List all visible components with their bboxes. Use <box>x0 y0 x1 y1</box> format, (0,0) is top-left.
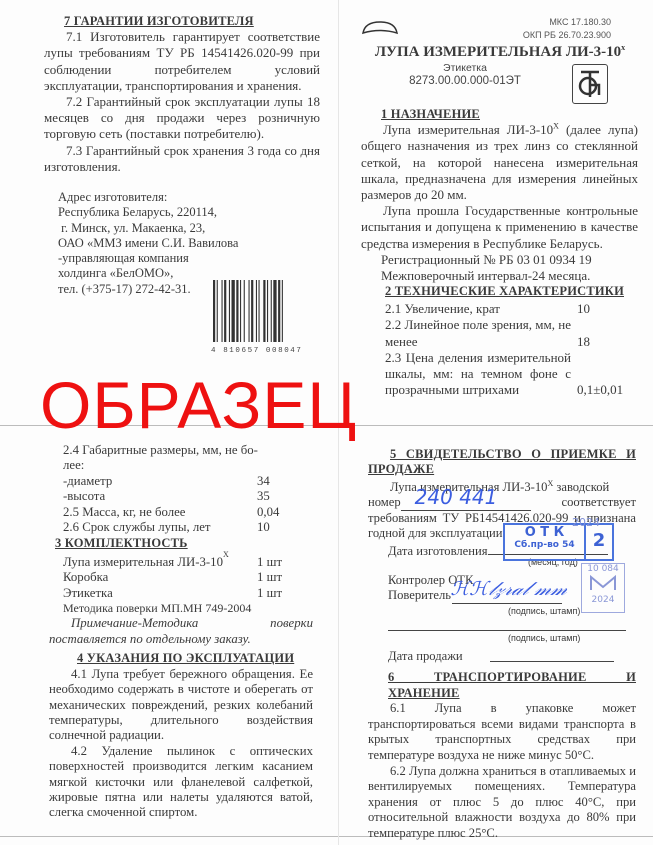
row-label: 2.5 Масса, кг, не более <box>55 505 257 520</box>
barcode: 4 810657 008047 <box>211 280 307 355</box>
sale-date-label: Дата продажи <box>388 649 463 663</box>
row-label: Коробка <box>55 570 257 585</box>
section-heading: 6 ТРАНСПОРТИРОВАНИЕ И ХРАНЕНИЕ <box>368 670 636 701</box>
spec-row: Этикетка1 шт <box>55 586 313 601</box>
serial-number-field[interactable]: 240 441 <box>401 496 531 511</box>
label-subtitle: Этикетка 8273.00.00.000-01ЭТ <box>390 62 540 88</box>
row-value: 1 шт <box>257 570 313 585</box>
paragraph: 7.2 Гарантийный срок эксплуатации лупы 1… <box>44 94 320 143</box>
stb-emblem-icon <box>572 64 608 104</box>
sale-date-row: Дата продажи <box>388 648 463 664</box>
paragraph: заводской <box>553 480 609 494</box>
address-line: ОАО «ММЗ имени С.И. Вавилова <box>58 236 258 251</box>
signature-line <box>452 603 562 604</box>
paragraph: 4.1 Лупа требует бережного обращения. Ее… <box>49 667 313 744</box>
section-heading: 5 СВИДЕТЕЛЬСТВО О ПРИЕМКЕ И ПРОДАЖЕ <box>368 447 636 478</box>
paragraph: лее: <box>55 458 313 473</box>
paragraph: 7.1 Изготовитель гарантирует соответстви… <box>44 29 320 94</box>
sale-date-field[interactable] <box>490 661 614 662</box>
row-value: 0,1±0,01 <box>571 382 635 398</box>
address-line: Республика Беларусь, 220114, <box>58 205 258 220</box>
signature-caption: (подпись, штамп) <box>508 606 580 616</box>
section-heading: 7 ГАРАНТИИ ИЗГОТОВИТЕЛЯ <box>44 13 320 29</box>
address-line: -управляющая компания <box>58 251 258 266</box>
address-line: Адрес изготовителя: <box>58 190 258 205</box>
paragraph: 6.2 Лупа должна храниться в отапливаемых… <box>368 764 636 842</box>
spec-row: 2.1 Увеличение, крат10 <box>385 301 635 317</box>
row-value: 35 <box>257 489 313 504</box>
spec-row: Лупа измерительная ЛИ-3-10X1 шт <box>55 555 313 570</box>
row-label: 2.6 Срок службы лупы, лет <box>55 520 257 535</box>
row-value: 18 <box>571 334 635 350</box>
section-transport: 6 ТРАНСПОРТИРОВАНИЕ И ХРАНЕНИЕ 6.1 Лупа … <box>368 670 636 842</box>
serial-label: номер <box>368 495 401 509</box>
section-heading: 4 УКАЗАНИЯ ПО ЭКСПЛУАТАЦИИ <box>55 651 313 666</box>
document-page: 7 ГАРАНТИИ ИЗГОТОВИТЕЛЯ 7.1 Изготовитель… <box>0 0 653 845</box>
row-label: 2.3 Цена деления измерительной шкалы, мм… <box>385 350 571 399</box>
row-value: 1 шт <box>257 555 313 570</box>
note: Примечание-Методика поверки поставляется… <box>49 616 313 647</box>
paragraph: Лупа измерительная ЛИ-3-10 <box>383 122 553 137</box>
section-warranty: 7 ГАРАНТИИ ИЗГОТОВИТЕЛЯ 7.1 Изготовитель… <box>44 13 320 175</box>
spec-row: -диаметр34 <box>55 474 313 489</box>
section-purpose: 1 НАЗНАЧЕНИЕ Лупа измерительная ЛИ-3-10X… <box>361 106 638 284</box>
lens-logo-icon <box>360 20 400 36</box>
classification-codes: МКС 17.180.30 ОКП РБ 26.70.23.900 <box>523 16 611 42</box>
mfg-date-label: Дата изготовления <box>388 544 488 558</box>
row-label: 2.2 Линейное поле зрения, мм, не менее <box>385 317 571 349</box>
verification-method: Методика поверки МП.МН 749-2004 <box>55 601 313 616</box>
row-label: -диаметр <box>55 474 257 489</box>
section-specs: 2 ТЕХНИЧЕСКИЕ ХАРАКТЕРИСТИКИ 2.1 Увеличе… <box>385 283 635 398</box>
signature: ℋℋ𝓁𝓏𝓇𝒶𝓁 𝓂𝓂 <box>449 578 571 600</box>
title-sup: x <box>621 43 625 52</box>
title-text: ЛУПА ИЗМЕРИТЕЛЬНАЯ ЛИ-3-10 <box>375 44 621 60</box>
row-label: 2.1 Увеличение, крат <box>385 301 571 317</box>
barcode-digits: 4 810657 008047 <box>211 347 307 355</box>
spec-row: 2.6 Срок службы лупы, лет10 <box>55 520 313 535</box>
signature-line-2 <box>388 630 626 631</box>
address-line: г. Минск, ул. Макаенка, 23, <box>58 221 258 236</box>
spec-row: 2.2 Линейное поле зрения, мм, не менее18 <box>385 317 635 349</box>
paragraph: 2.4 Габаритные размеры, мм, не бо- <box>55 443 313 458</box>
paragraph: Лупа прошла Государственные контрольные … <box>361 203 638 252</box>
row-value: 1 шт <box>257 586 313 601</box>
verification-stamp: 10 084 2024 <box>581 563 625 613</box>
verification-stamp-year: 2024 <box>582 595 624 605</box>
barcode-icon <box>211 280 307 344</box>
spec-row: -высота35 <box>55 489 313 504</box>
row-value: 0,04 <box>257 505 313 520</box>
row-value: 10 <box>257 520 313 535</box>
section-heading: 2 ТЕХНИЧЕСКИЕ ХАРАКТЕРИСТИКИ <box>385 283 635 299</box>
okp-code: ОКП РБ 26.70.23.900 <box>523 29 611 42</box>
doc-number: 8273.00.00.000-01ЭТ <box>390 75 540 88</box>
mks-code: МКС 17.180.30 <box>523 16 611 29</box>
section-heading: 3 КОМПЛЕКТНОСТЬ <box>55 536 313 551</box>
spec-row: 2.5 Масса, кг, не более0,04 <box>55 505 313 520</box>
row-value: 10 <box>571 301 635 317</box>
spec-row: Коробка1 шт <box>55 570 313 585</box>
spec-row: 2.3 Цена деления измерительной шкалы, мм… <box>385 350 635 399</box>
section-dimensions: 2.4 Габаритные размеры, мм, не бо- лее: … <box>55 443 313 821</box>
row-value: 34 <box>257 474 313 489</box>
otk-stamp-subtitle: Сб.пр-во 54 <box>505 540 584 550</box>
sample-watermark: ОБРАЗЕЦ <box>40 370 357 440</box>
serial-number-value: 240 441 <box>415 490 498 505</box>
paragraph: 6.1 Лупа в упаковке может транспортирова… <box>368 701 636 763</box>
otk-stamp-year: 2024 <box>572 516 600 529</box>
row-label: Этикетка <box>55 586 257 601</box>
verification-stamp-code: 10 084 <box>582 564 624 574</box>
document-title: ЛУПА ИЗМЕРИТЕЛЬНАЯ ЛИ-3-10x <box>370 44 630 61</box>
subtitle: Этикетка <box>390 62 540 75</box>
m-mark-icon <box>588 574 618 592</box>
paragraph: 4.2 Удаление пылинок с оптических поверх… <box>49 744 313 821</box>
otk-stamp-number: 2 <box>586 525 612 559</box>
registration-number: Регистрационный № РБ 03 01 0934 19 <box>361 252 638 268</box>
row-label: Лупа измерительная ЛИ-3-10 <box>55 555 223 570</box>
paragraph: 7.3 Гарантийный срок хранения 3 года со … <box>44 143 320 175</box>
signature-caption-2: (подпись, штамп) <box>508 633 580 643</box>
calibration-interval: Межповерочный интервал-24 месяца. <box>361 268 638 284</box>
row-label: -высота <box>55 489 257 504</box>
section-heading: 1 НАЗНАЧЕНИЕ <box>361 106 638 122</box>
